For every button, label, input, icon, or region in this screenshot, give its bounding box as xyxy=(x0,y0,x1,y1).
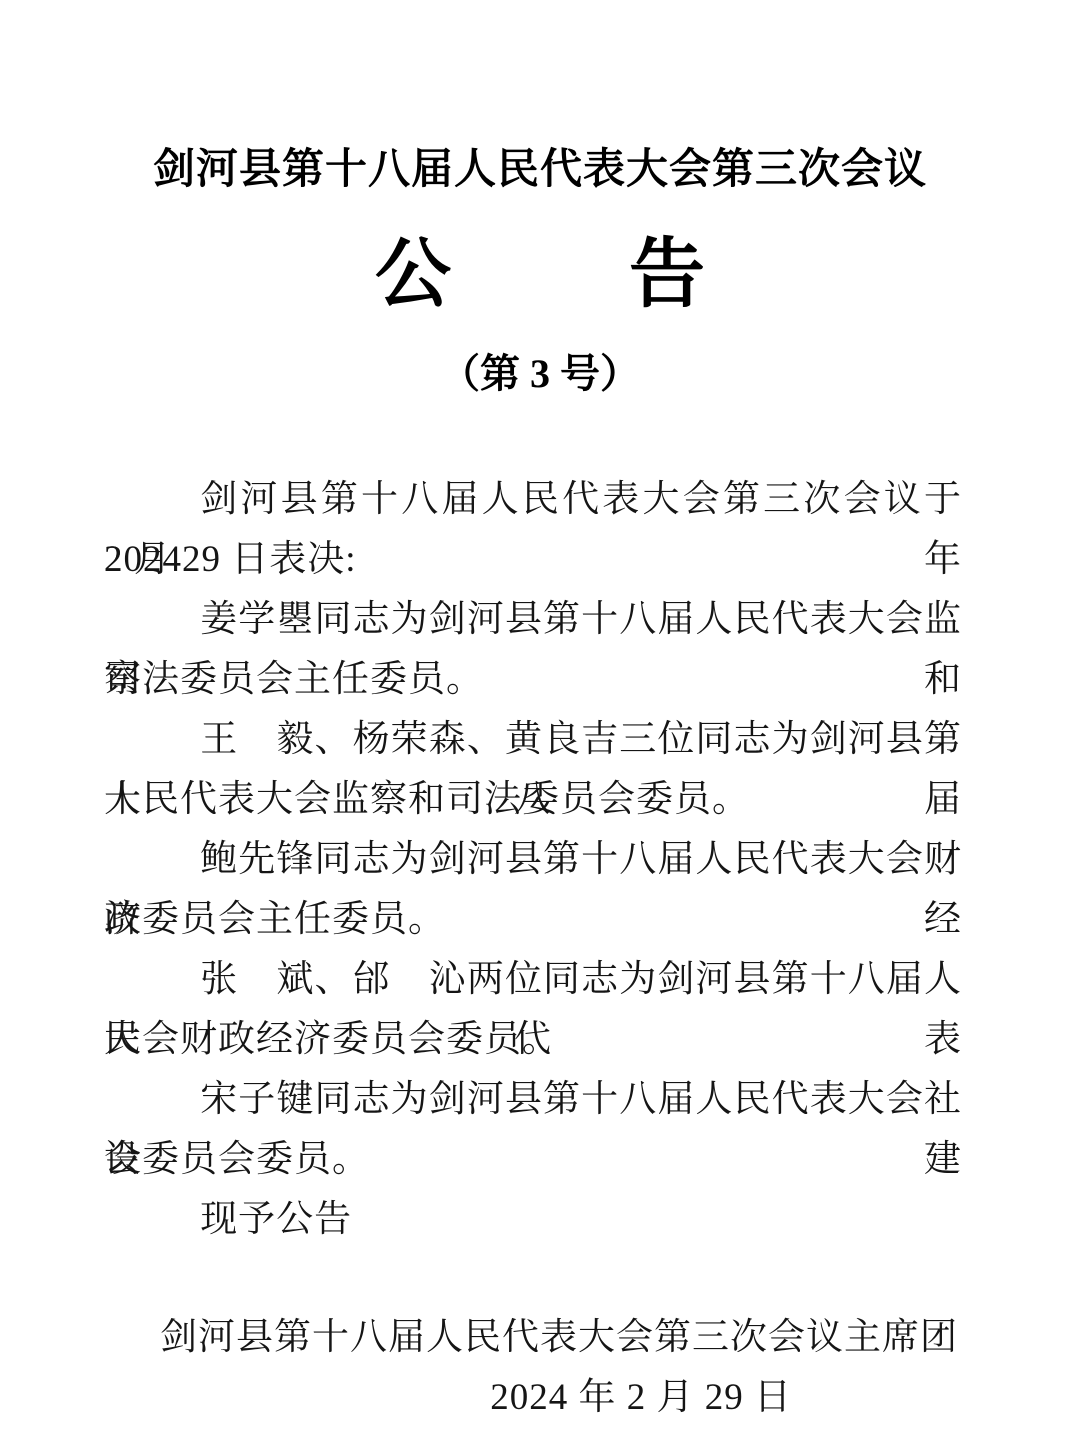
announcement-page: 剑河县第十八届人民代表大会第三次会议 公 告 （第 3 号） 剑河县第十八届人民… xyxy=(0,0,1080,1432)
body-line: 现予公告 xyxy=(104,1190,962,1250)
paragraph: 鲍先锋同志为剑河县第十八届人民代表大会财政经 济委员会主任委员。 xyxy=(104,830,962,950)
document-title: 剑河县第十八届人民代表大会第三次会议 xyxy=(0,146,1080,194)
body-line: 宋子键同志为剑河县第十八届人民代表大会社会建 xyxy=(104,1070,962,1130)
paragraph: 姜学瞾同志为剑河县第十八届人民代表大会监察和 司法委员会主任委员。 xyxy=(104,590,962,710)
issue-number: （第 3 号） xyxy=(0,352,1080,396)
date: 2024 年 2 月 29 日 xyxy=(104,1368,962,1428)
paragraph: 现予公告 xyxy=(104,1190,962,1250)
body-line: 姜学瞾同志为剑河县第十八届人民代表大会监察和 xyxy=(104,590,962,650)
signature: 剑河县第十八届人民代表大会第三次会议主席团 xyxy=(104,1308,962,1368)
signature-block: 剑河县第十八届人民代表大会第三次会议主席团 2024 年 2 月 29 日 xyxy=(104,1308,962,1428)
announcement-heading-char-1: 公 xyxy=(375,236,451,316)
document-body: 剑河县第十八届人民代表大会第三次会议于 2024 年 2 月 29 日表决: 姜… xyxy=(104,470,962,1428)
paragraph: 张 斌、邰 沁两位同志为剑河县第十八届人民代表 大会财政经济委员会委员。 xyxy=(104,950,962,1070)
announcement-heading-char-2: 告 xyxy=(629,236,705,316)
paragraph: 宋子键同志为剑河县第十八届人民代表大会社会建 设委员会委员。 xyxy=(104,1070,962,1190)
body-line: 鲍先锋同志为剑河县第十八届人民代表大会财政经 xyxy=(104,830,962,890)
body-line: 王 毅、杨荣森、黄良吉三位同志为剑河县第十八届 xyxy=(104,710,962,770)
paragraph: 剑河县第十八届人民代表大会第三次会议于 2024 年 2 月 29 日表决: xyxy=(104,470,962,590)
announcement-heading: 公 告 xyxy=(0,236,1080,316)
body-line: 张 斌、邰 沁两位同志为剑河县第十八届人民代表 xyxy=(104,950,962,1010)
paragraph: 王 毅、杨荣森、黄良吉三位同志为剑河县第十八届 人民代表大会监察和司法委员会委员… xyxy=(104,710,962,830)
body-line: 剑河县第十八届人民代表大会第三次会议于 2024 年 xyxy=(104,470,962,530)
